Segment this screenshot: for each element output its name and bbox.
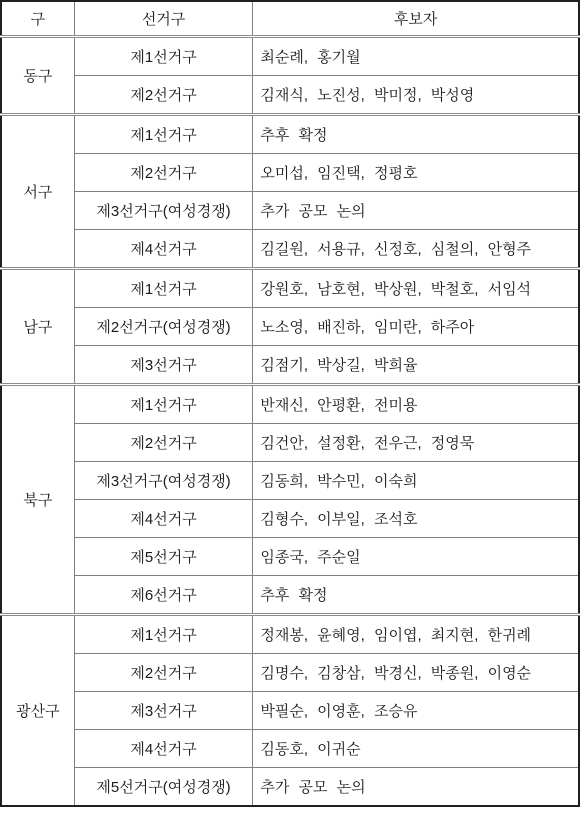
candidates-cell: 김점기, 박상길, 박희율 [253,346,579,385]
table-row: 제3선거구(여성경쟁)김동희, 박수민, 이숙희 [1,462,579,500]
table-row: 제2선거구오미섭, 임진택, 정평호 [1,154,579,192]
constituency-cell: 제2선거구 [74,654,253,692]
table-row: 제3선거구김점기, 박상길, 박희율 [1,346,579,385]
district-cell: 광산구 [1,615,74,807]
candidates-cell: 김형수, 이부일, 조석호 [253,500,579,538]
candidates-cell: 반재신, 안평환, 전미용 [253,385,579,424]
table-row: 제4선거구김동호, 이귀순 [1,730,579,768]
table-row: 제4선거구김길원, 서용규, 신정호, 심철의, 안형주 [1,230,579,269]
candidates-cell: 노소영, 배진하, 임미란, 하주아 [253,308,579,346]
district-cell: 북구 [1,385,74,615]
table-row: 남구제1선거구강원호, 남호현, 박상원, 박철호, 서임석 [1,269,579,308]
table-row: 제2선거구(여성경쟁)노소영, 배진하, 임미란, 하주아 [1,308,579,346]
table-row: 제2선거구김재식, 노진성, 박미정, 박성영 [1,76,579,115]
table-row: 제6선거구추후 확정 [1,576,579,615]
constituency-cell: 제1선거구 [74,37,253,76]
district-cell: 서구 [1,115,74,269]
constituency-cell: 제2선거구 [74,76,253,115]
candidates-cell: 김명수, 김창삼, 박경신, 박종원, 이영순 [253,654,579,692]
constituency-cell: 제6선거구 [74,576,253,615]
table-row: 제5선거구임종국, 주순일 [1,538,579,576]
candidates-table: 구 선거구 후보자 동구제1선거구최순례, 홍기월제2선거구김재식, 노진성, … [0,0,580,807]
district-cell: 남구 [1,269,74,385]
candidates-cell: 추후 확정 [253,115,579,154]
constituency-cell: 제1선거구 [74,115,253,154]
candidates-cell: 강원호, 남호현, 박상원, 박철호, 서임석 [253,269,579,308]
candidates-cell: 김동호, 이귀순 [253,730,579,768]
candidates-cell: 김건안, 설정환, 전우근, 정영묵 [253,424,579,462]
table-row: 제5선거구(여성경쟁)추가 공모 논의 [1,768,579,807]
table-row: 제2선거구김건안, 설정환, 전우근, 정영묵 [1,424,579,462]
constituency-cell: 제4선거구 [74,730,253,768]
header-constituency: 선거구 [74,1,253,37]
table-row: 제3선거구(여성경쟁)추가 공모 논의 [1,192,579,230]
candidates-cell: 추가 공모 논의 [253,192,579,230]
candidates-cell: 최순례, 홍기월 [253,37,579,76]
header-district: 구 [1,1,74,37]
constituency-cell: 제3선거구 [74,346,253,385]
table-row: 북구제1선거구반재신, 안평환, 전미용 [1,385,579,424]
table-row: 제3선거구박필순, 이영훈, 조승유 [1,692,579,730]
constituency-cell: 제5선거구 [74,538,253,576]
constituency-cell: 제1선거구 [74,385,253,424]
constituency-cell: 제4선거구 [74,500,253,538]
constituency-cell: 제1선거구 [74,615,253,654]
candidates-cell: 박필순, 이영훈, 조승유 [253,692,579,730]
constituency-cell: 제1선거구 [74,269,253,308]
constituency-cell: 제3선거구(여성경쟁) [74,192,253,230]
candidates-cell: 오미섭, 임진택, 정평호 [253,154,579,192]
table-row: 서구제1선거구추후 확정 [1,115,579,154]
page: { "colors": { "outer_border": "#1f1f1f",… [0,0,580,816]
table-row: 제4선거구김형수, 이부일, 조석호 [1,500,579,538]
table-row: 광산구제1선거구정재봉, 윤혜영, 임이엽, 최지현, 한귀례 [1,615,579,654]
candidates-cell: 추가 공모 논의 [253,768,579,807]
constituency-cell: 제3선거구 [74,692,253,730]
candidates-cell: 추후 확정 [253,576,579,615]
constituency-cell: 제2선거구 [74,424,253,462]
candidates-cell: 김길원, 서용규, 신정호, 심철의, 안형주 [253,230,579,269]
constituency-cell: 제4선거구 [74,230,253,269]
constituency-cell: 제5선거구(여성경쟁) [74,768,253,807]
constituency-cell: 제2선거구(여성경쟁) [74,308,253,346]
table-row: 동구제1선거구최순례, 홍기월 [1,37,579,76]
district-cell: 동구 [1,37,74,115]
table-body: 동구제1선거구최순례, 홍기월제2선거구김재식, 노진성, 박미정, 박성영서구… [1,37,579,807]
candidates-cell: 정재봉, 윤혜영, 임이엽, 최지현, 한귀례 [253,615,579,654]
header-candidates: 후보자 [253,1,579,37]
candidates-cell: 김재식, 노진성, 박미정, 박성영 [253,76,579,115]
table-row: 제2선거구김명수, 김창삼, 박경신, 박종원, 이영순 [1,654,579,692]
header-row: 구 선거구 후보자 [1,1,579,37]
candidates-cell: 임종국, 주순일 [253,538,579,576]
constituency-cell: 제2선거구 [74,154,253,192]
constituency-cell: 제3선거구(여성경쟁) [74,462,253,500]
table-header: 구 선거구 후보자 [1,1,579,37]
candidates-cell: 김동희, 박수민, 이숙희 [253,462,579,500]
